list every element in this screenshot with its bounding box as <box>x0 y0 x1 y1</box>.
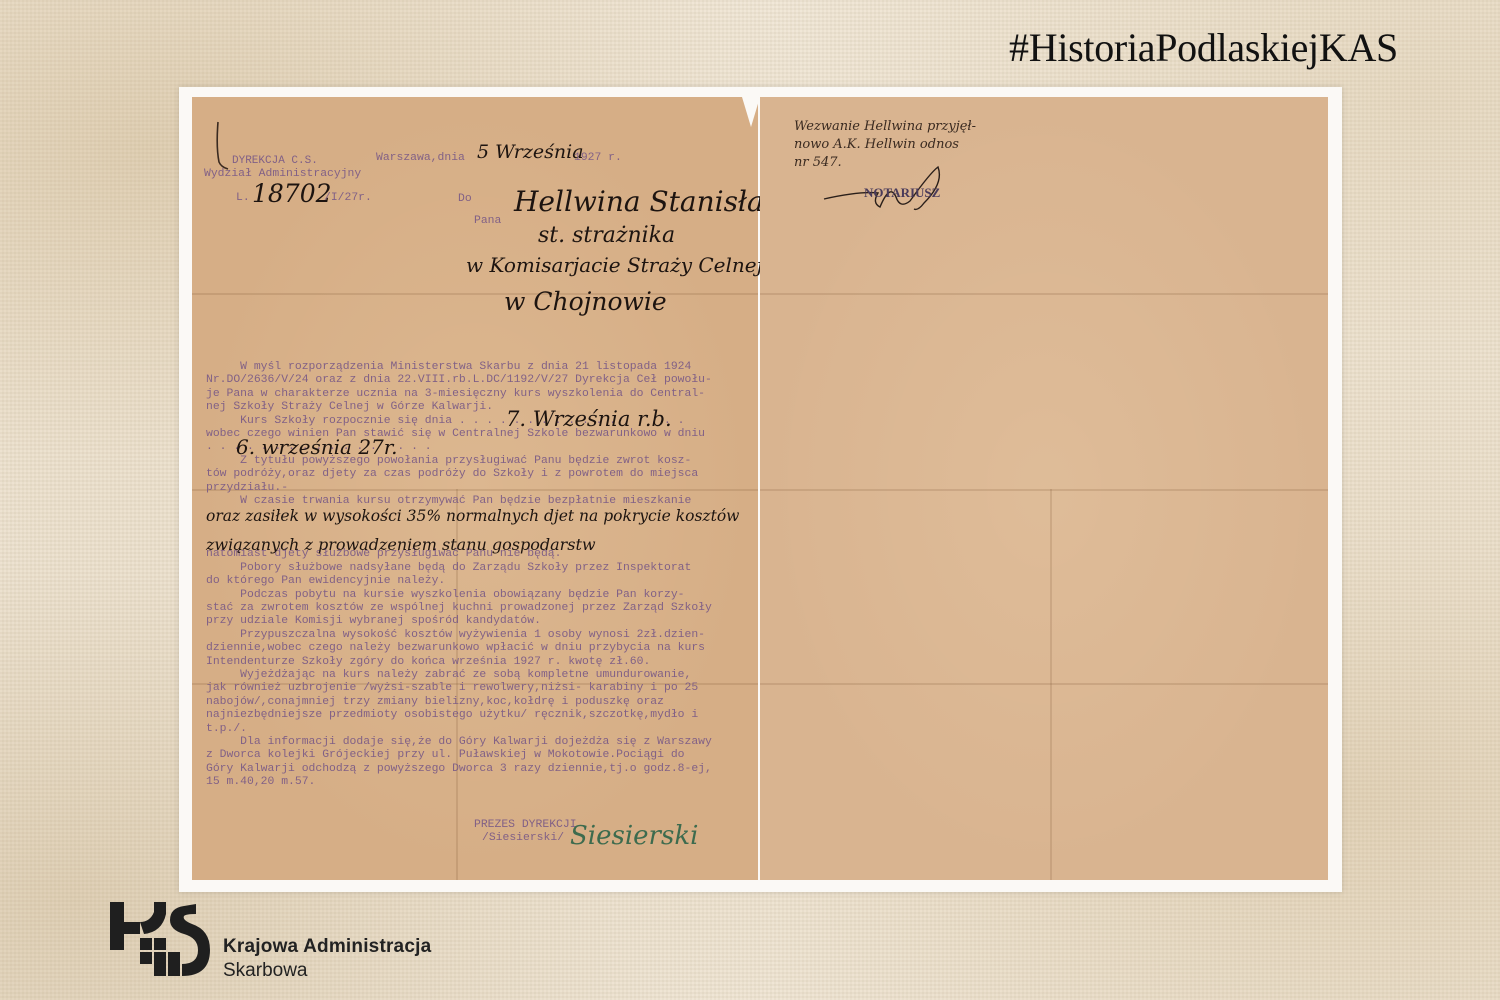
letter-body-line: W myśl rozporządzenia Ministerstwa Skarb… <box>206 361 712 374</box>
letter-body-line: Wyjeżdżając na kurs należy zabrać ze sob… <box>206 669 712 682</box>
addressee-office: w Komisarjacie Straży Celnej <box>466 253 763 277</box>
hashtag-title: #HistoriaPodlaskiejKAS <box>1009 24 1398 71</box>
reference-prefix: L. <box>236 192 250 204</box>
letter-body-line: Podczas pobytu na kursie wyszkolenia obo… <box>206 589 712 602</box>
kas-org-name: Krajowa Administracja Skarbowa <box>223 936 431 982</box>
letter-body-line: Góry Kalwarji odchodzą z powyższego Dwor… <box>206 763 712 776</box>
letter-body-line: stać za zwrotem kosztów ze wspólnej kuch… <box>206 602 712 615</box>
letter-body-line: nabojów/,conajmniej trzy zmiany bielizny… <box>206 696 712 709</box>
document-frame: DYREKCJA C.S. Wydział Administracyjny Wa… <box>179 87 1342 892</box>
letter-body-line: z Dworca kolejki Grójeckiej przy ul. Puł… <box>206 749 712 762</box>
notary-stamp: NOTARIUSZ <box>864 185 940 201</box>
paper-tear <box>742 97 760 127</box>
letter-body-line: do którego Pan ewidencyjnie należy. <box>206 575 712 588</box>
letter-body-line: Nr.DO/2636/V/24 oraz z dnia 22.VIII.rb.L… <box>206 374 712 387</box>
document-page-left: DYREKCJA C.S. Wydział Administracyjny Wa… <box>192 97 758 880</box>
receipt-note-line-1: Wezwanie Hellwina przyjęł- <box>794 119 976 134</box>
fold-line <box>760 293 1328 295</box>
letter-body-line: Pobory służbowe nadsyłane będą do Zarząd… <box>206 562 712 575</box>
report-date-handwritten: 6. września 27r. <box>236 435 397 459</box>
addressee-rank: st. strażnika <box>538 223 675 248</box>
addressee-town: w Chojnowie <box>504 287 667 316</box>
letter-body-line: przy udziale Komisji wybranej spośród ka… <box>206 615 712 628</box>
receipt-note-line-2: nowo A.K. Hellwin odnos <box>794 137 959 152</box>
fold-line <box>192 293 758 295</box>
letter-body-line: przydziału.- <box>206 482 712 495</box>
course-date-handwritten: 7. Września r.b. <box>506 407 672 431</box>
letter-body-line: najniezbędniejsze przedmioty osobistego … <box>206 709 712 722</box>
allowance-insert-line-1: oraz zasiłek w wysokości 35% normalnych … <box>206 507 739 525</box>
allowance-insert-line-2: związanych z prowadzeniem stanu gospodar… <box>206 535 596 554</box>
fold-line <box>1050 489 1052 880</box>
reference-suffix: /I/27r. <box>324 192 372 204</box>
letter-body-line: dziennie,wobec czego należy bezwarunkowo… <box>206 642 712 655</box>
issuer-line-1: DYREKCJA C.S. <box>232 155 318 167</box>
signature-handwritten: Siesierski <box>570 821 698 851</box>
fold-line <box>760 683 1328 685</box>
letter-body-line: tów podróży,oraz djety za czas podróży d… <box>206 468 712 481</box>
signature-name-typed: /Siesierski/ <box>482 832 564 844</box>
letter-body-line: jak również uzbrojenie /wyżsi-szable i r… <box>206 682 712 695</box>
year-suffix: 1927 r. <box>574 152 622 164</box>
org-name-line-1: Krajowa Administracja <box>223 936 431 958</box>
kas-logo-icon <box>110 902 212 976</box>
pan-label: Pana <box>474 215 501 227</box>
letter-body-line: Dla informacji dodaje się,że do Góry Kal… <box>206 736 712 749</box>
to-label: Do <box>458 193 472 205</box>
document-page-right: Wezwanie Hellwina przyjęł- nowo A.K. Hel… <box>760 97 1328 880</box>
fold-line <box>760 489 1328 491</box>
letter-body-line: Intendenturze Szkoły zgóry do końca wrze… <box>206 656 712 669</box>
letter-body-line: t.p./. <box>206 723 712 736</box>
signature-title: PREZES DYREKCJI <box>474 819 577 831</box>
letter-body-line: 15 m.40,20 m.57. <box>206 776 712 789</box>
reference-number-handwritten: 18702 <box>252 179 332 208</box>
org-name-line-2: Skarbowa <box>223 960 431 982</box>
place-date-prefix: Warszawa,dnia <box>376 152 465 164</box>
date-handwritten: 5 Września <box>477 141 584 163</box>
letter-body-line: je Pana w charakterze ucznia na 3-miesię… <box>206 388 712 401</box>
letter-body-line: Przypuszczalna wysokość kosztów wyżywien… <box>206 629 712 642</box>
